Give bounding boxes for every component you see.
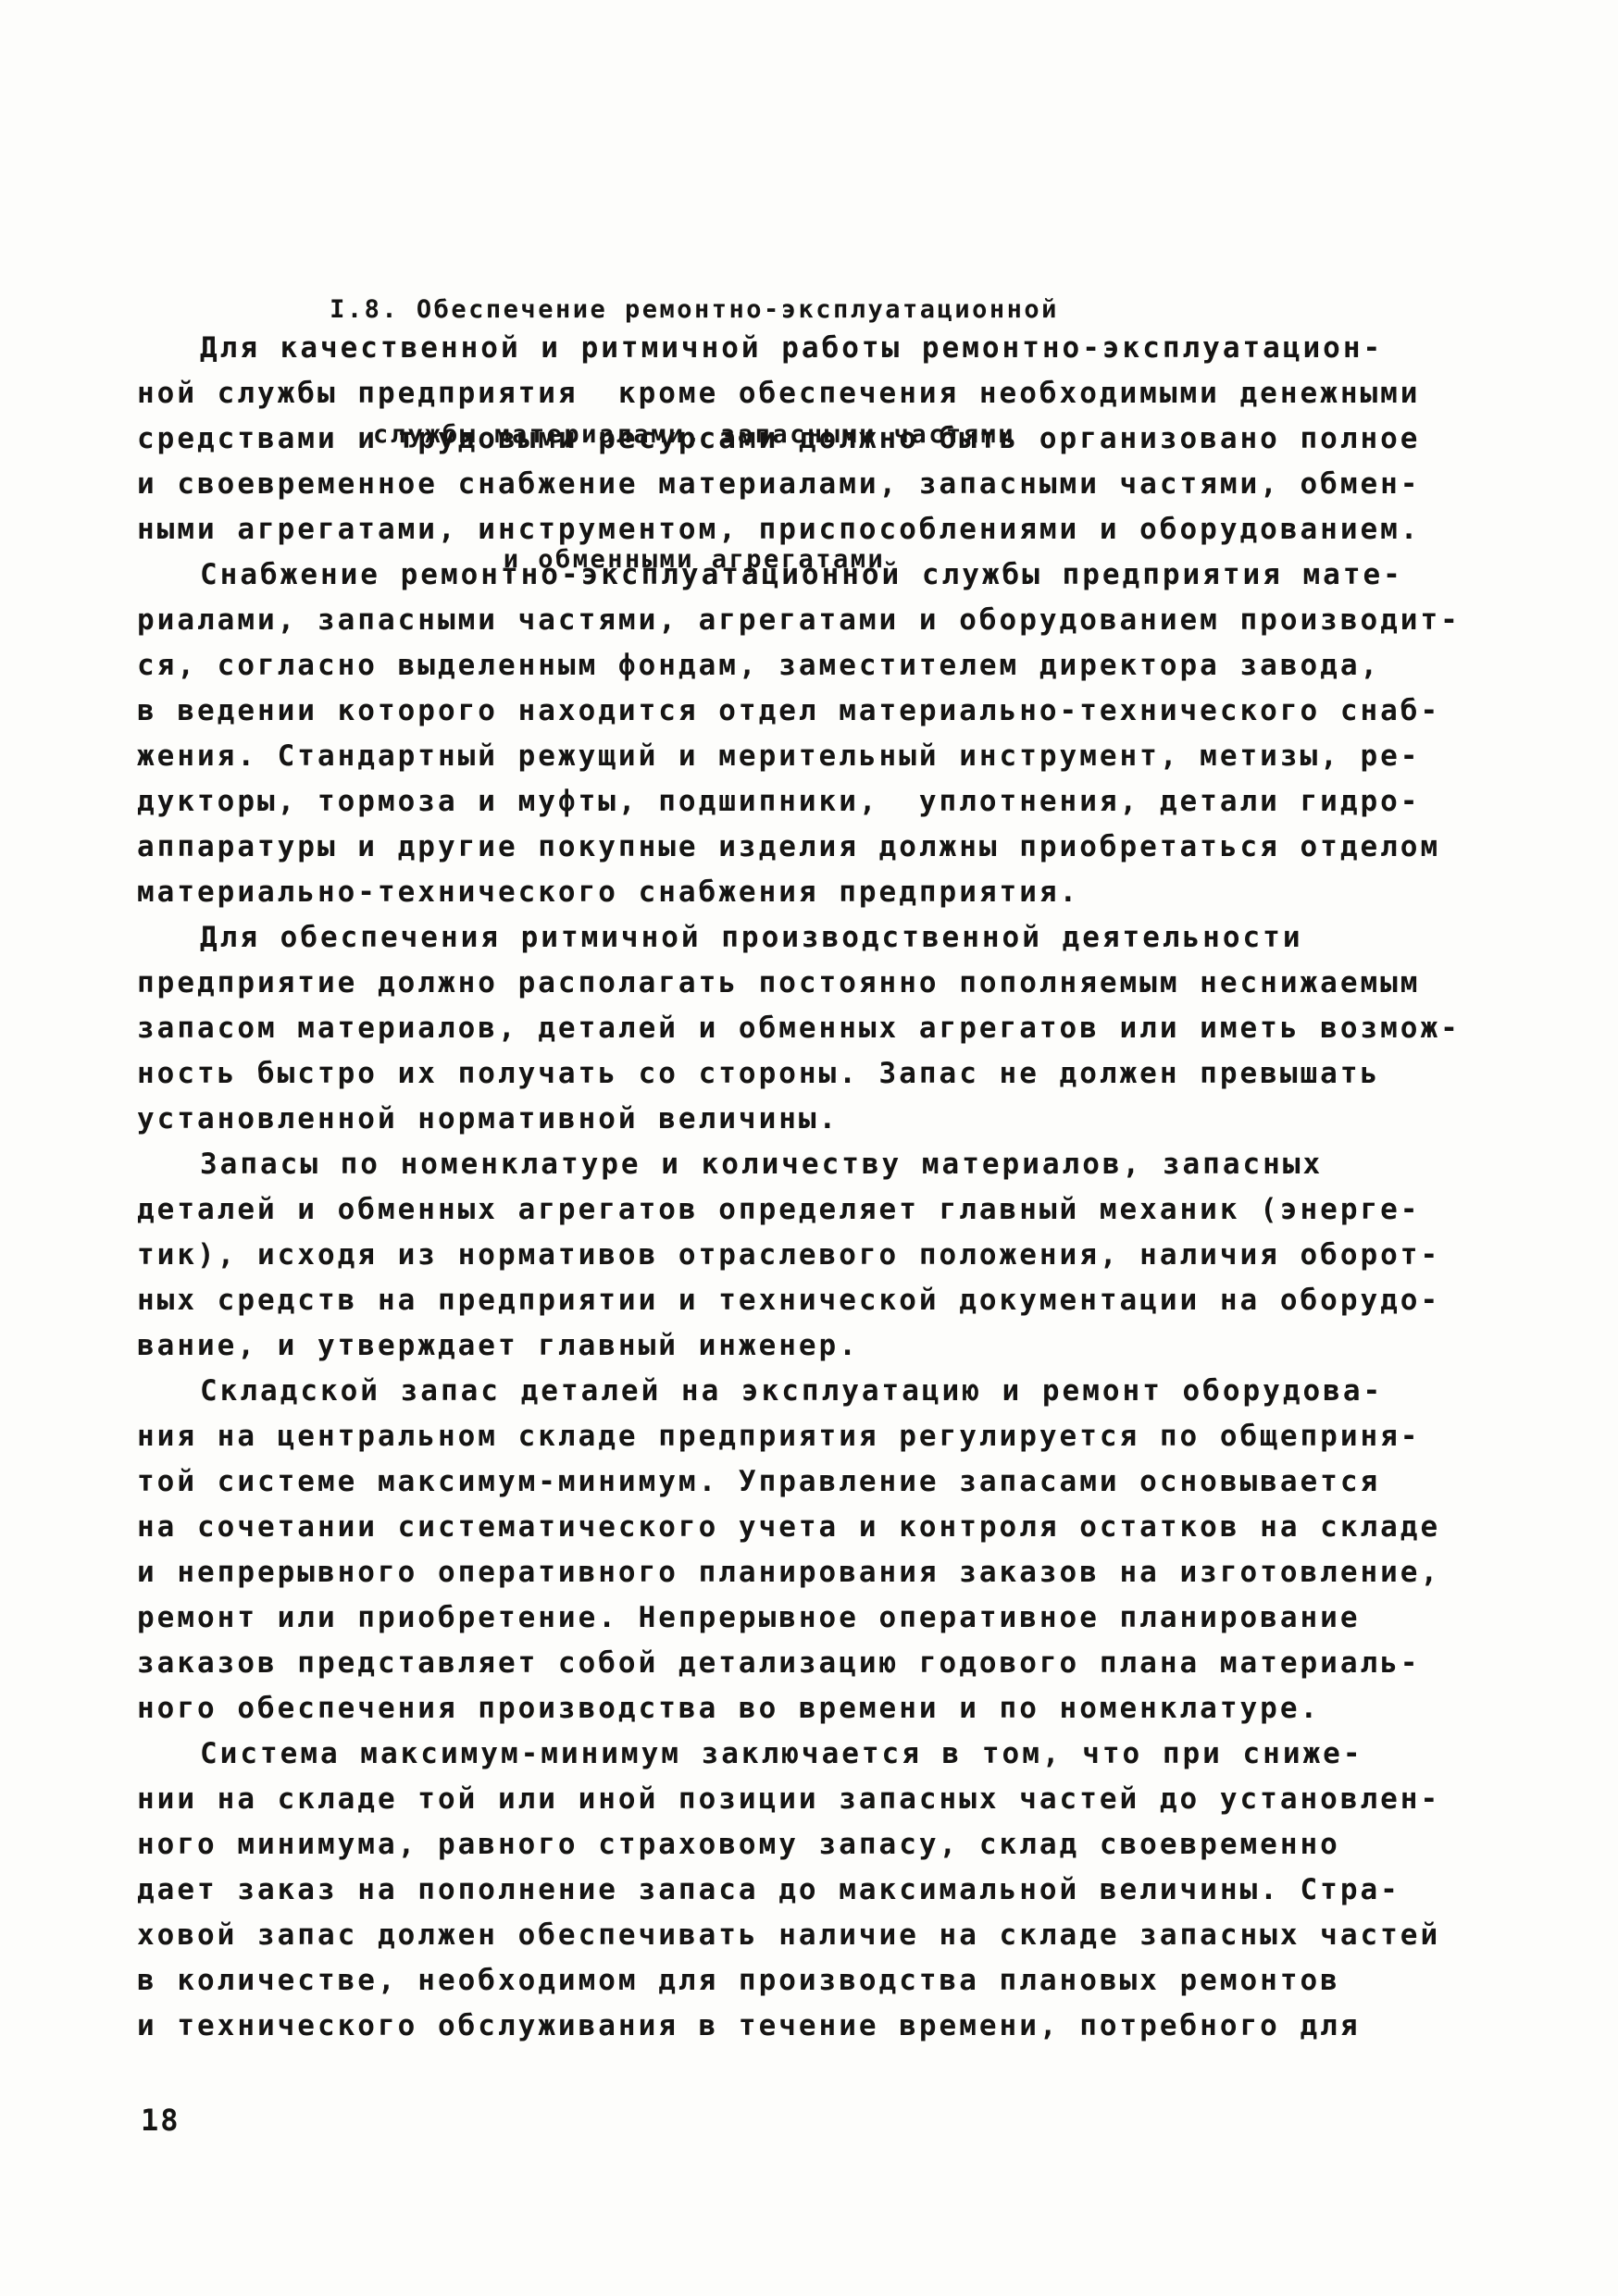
text-line: Система максимум-минимум заключается в т… (137, 1731, 1507, 1777)
paragraph: Для обеспечения ритмичной производственн… (137, 915, 1507, 1142)
text-line: и непрерывного оперативного планирования… (137, 1550, 1507, 1595)
text-line: ремонт или приобретение. Непрерывное опе… (137, 1595, 1507, 1641)
paragraph: Для качественной и ритмичной работы ремо… (137, 326, 1507, 552)
paragraph: Складской запас деталей на эксплуатацию … (137, 1369, 1507, 1731)
text-line: ния на центральном складе предприятия ре… (137, 1414, 1507, 1459)
text-line: ного минимума, равного страховому запасу… (137, 1822, 1507, 1868)
text-line: заказов представляет собой детализацию г… (137, 1641, 1507, 1686)
text-line: Снабжение ремонтно-эксплуатационной служ… (137, 552, 1507, 598)
document-body: Для качественной и ритмичной работы ремо… (137, 326, 1507, 2049)
text-line: ность быстро их получать со стороны. Зап… (137, 1051, 1507, 1097)
text-line: запасом материалов, деталей и обменных а… (137, 1006, 1507, 1051)
paragraph: Запасы по номенклатуре и количеству мате… (137, 1142, 1507, 1369)
text-line: нии на складе той или иной позиции запас… (137, 1777, 1507, 1822)
text-line: деталей и обменных агрегатов определяет … (137, 1187, 1507, 1233)
text-line: и своевременное снабжение материалами, з… (137, 462, 1507, 507)
text-line: ных средств на предприятии и технической… (137, 1278, 1507, 1323)
text-line: в ведении которого находится отдел матер… (137, 689, 1507, 734)
paragraph: Система максимум-минимум заключается в т… (137, 1731, 1507, 2049)
text-line: вание, и утверждает главный инженер. (137, 1323, 1507, 1369)
text-line: Запасы по номенклатуре и количеству мате… (137, 1142, 1507, 1187)
text-line: ного обеспечения производства во времени… (137, 1686, 1507, 1731)
text-line: аппаратуры и другие покупные изделия дол… (137, 825, 1507, 870)
text-line: материально-технического снабжения предп… (137, 870, 1507, 915)
paragraph: Снабжение ремонтно-эксплуатационной служ… (137, 552, 1507, 915)
text-line: тик), исходя из нормативов отраслевого п… (137, 1233, 1507, 1278)
text-line: в количестве, необходимом для производст… (137, 1958, 1507, 2004)
text-line: ховой запас должен обеспечивать наличие … (137, 1913, 1507, 1958)
text-line: средствами и трудовыми ресурсами должно … (137, 416, 1507, 462)
page-number: 18 (141, 2103, 180, 2138)
text-line: ной службы предприятия кроме обеспечения… (137, 371, 1507, 416)
text-line: ными агрегатами, инструментом, приспособ… (137, 507, 1507, 552)
heading-line: I.8. Обеспечение ремонтно-эксплуатационн… (0, 289, 1388, 330)
text-line: и технического обслуживания в течение вр… (137, 2004, 1507, 2049)
text-line: дает заказ на пополнение запаса до макси… (137, 1868, 1507, 1913)
text-line: ся, согласно выделенным фондам, заместит… (137, 643, 1507, 689)
text-line: на сочетании систематического учета и ко… (137, 1505, 1507, 1550)
text-line: той системе максимум-минимум. Управление… (137, 1459, 1507, 1505)
text-line: Для обеспечения ритмичной производственн… (137, 915, 1507, 961)
text-line: предприятие должно располагать постоянно… (137, 961, 1507, 1006)
text-line: Складской запас деталей на эксплуатацию … (137, 1369, 1507, 1414)
scanned-document-page: I.8. Обеспечение ремонтно-эксплуатационн… (0, 0, 1618, 2296)
text-line: дукторы, тормоза и муфты, подшипники, уп… (137, 779, 1507, 825)
text-line: жения. Стандартный режущий и мерительный… (137, 734, 1507, 779)
text-line: установленной нормативной величины. (137, 1097, 1507, 1142)
text-line: Для качественной и ритмичной работы ремо… (137, 326, 1507, 371)
text-line: риалами, запасными частями, агрегатами и… (137, 598, 1507, 643)
